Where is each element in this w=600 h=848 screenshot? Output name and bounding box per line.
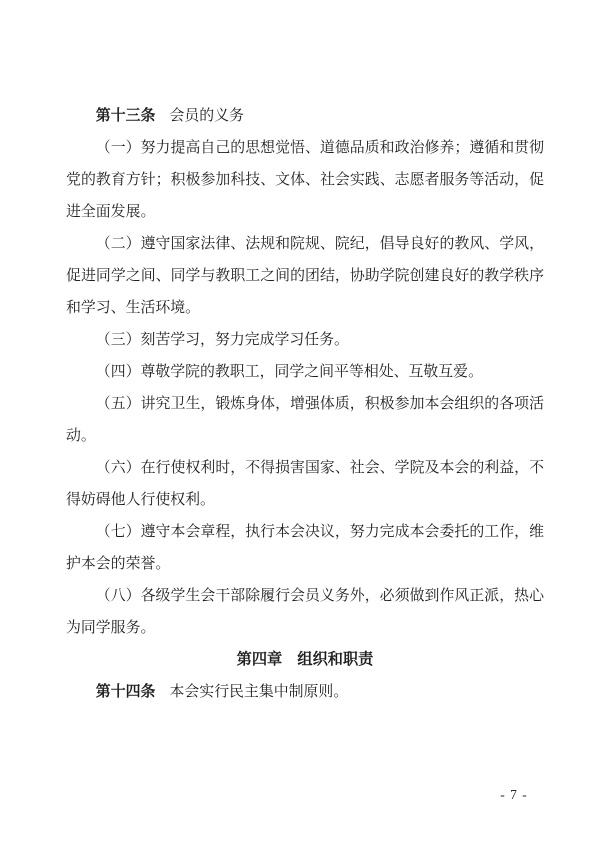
- article-14-body: 本会实行民主集中制原则。: [170, 684, 349, 700]
- page-number: - 7 -: [484, 787, 544, 803]
- chapter-4-heading: 第四章 组织和职责: [66, 644, 544, 676]
- article-13-heading: 第十三条会员的义务: [66, 100, 544, 132]
- article-13-item-6: （六）在行使权利时，不得损害国家、社会、学院及本会的利益，不得妨碍他人行使权利。: [66, 452, 544, 516]
- article-13-item-2: （二）遵守国家法律、法规和院规、院纪，倡导良好的教风、学风，促进同学之间、同学与…: [66, 228, 544, 324]
- article-13-title: 会员的义务: [170, 108, 244, 124]
- article-13-item-7: （七）遵守本会章程，执行本会决议，努力完成本会委托的工作，维护本会的荣誉。: [66, 516, 544, 580]
- document-page: 第十三条会员的义务 （一）努力提高自己的思想觉悟、道德品质和政治修养；遵循和贯彻…: [0, 0, 600, 848]
- article-13-term: 第十三条: [96, 108, 156, 124]
- article-13-item-8: （八）各级学生会干部除履行会员义务外，必须做到作风正派，热心为同学服务。: [66, 580, 544, 644]
- article-13-item-3: （三）刻苦学习，努力完成学习任务。: [66, 324, 544, 356]
- article-14-paragraph: 第十四条本会实行民主集中制原则。: [66, 676, 544, 708]
- article-13-item-4: （四）尊敬学院的教职工，同学之间平等相处、互敬互爱。: [66, 356, 544, 388]
- article-13-item-5: （五）讲究卫生，锻炼身体，增强体质，积极参加本会组织的各项活动。: [66, 388, 544, 452]
- article-13-item-1: （一）努力提高自己的思想觉悟、道德品质和政治修养；遵循和贯彻党的教育方针；积极参…: [66, 132, 544, 228]
- document-body: 第十三条会员的义务 （一）努力提高自己的思想觉悟、道德品质和政治修养；遵循和贯彻…: [66, 100, 544, 708]
- article-14-term: 第十四条: [96, 684, 156, 700]
